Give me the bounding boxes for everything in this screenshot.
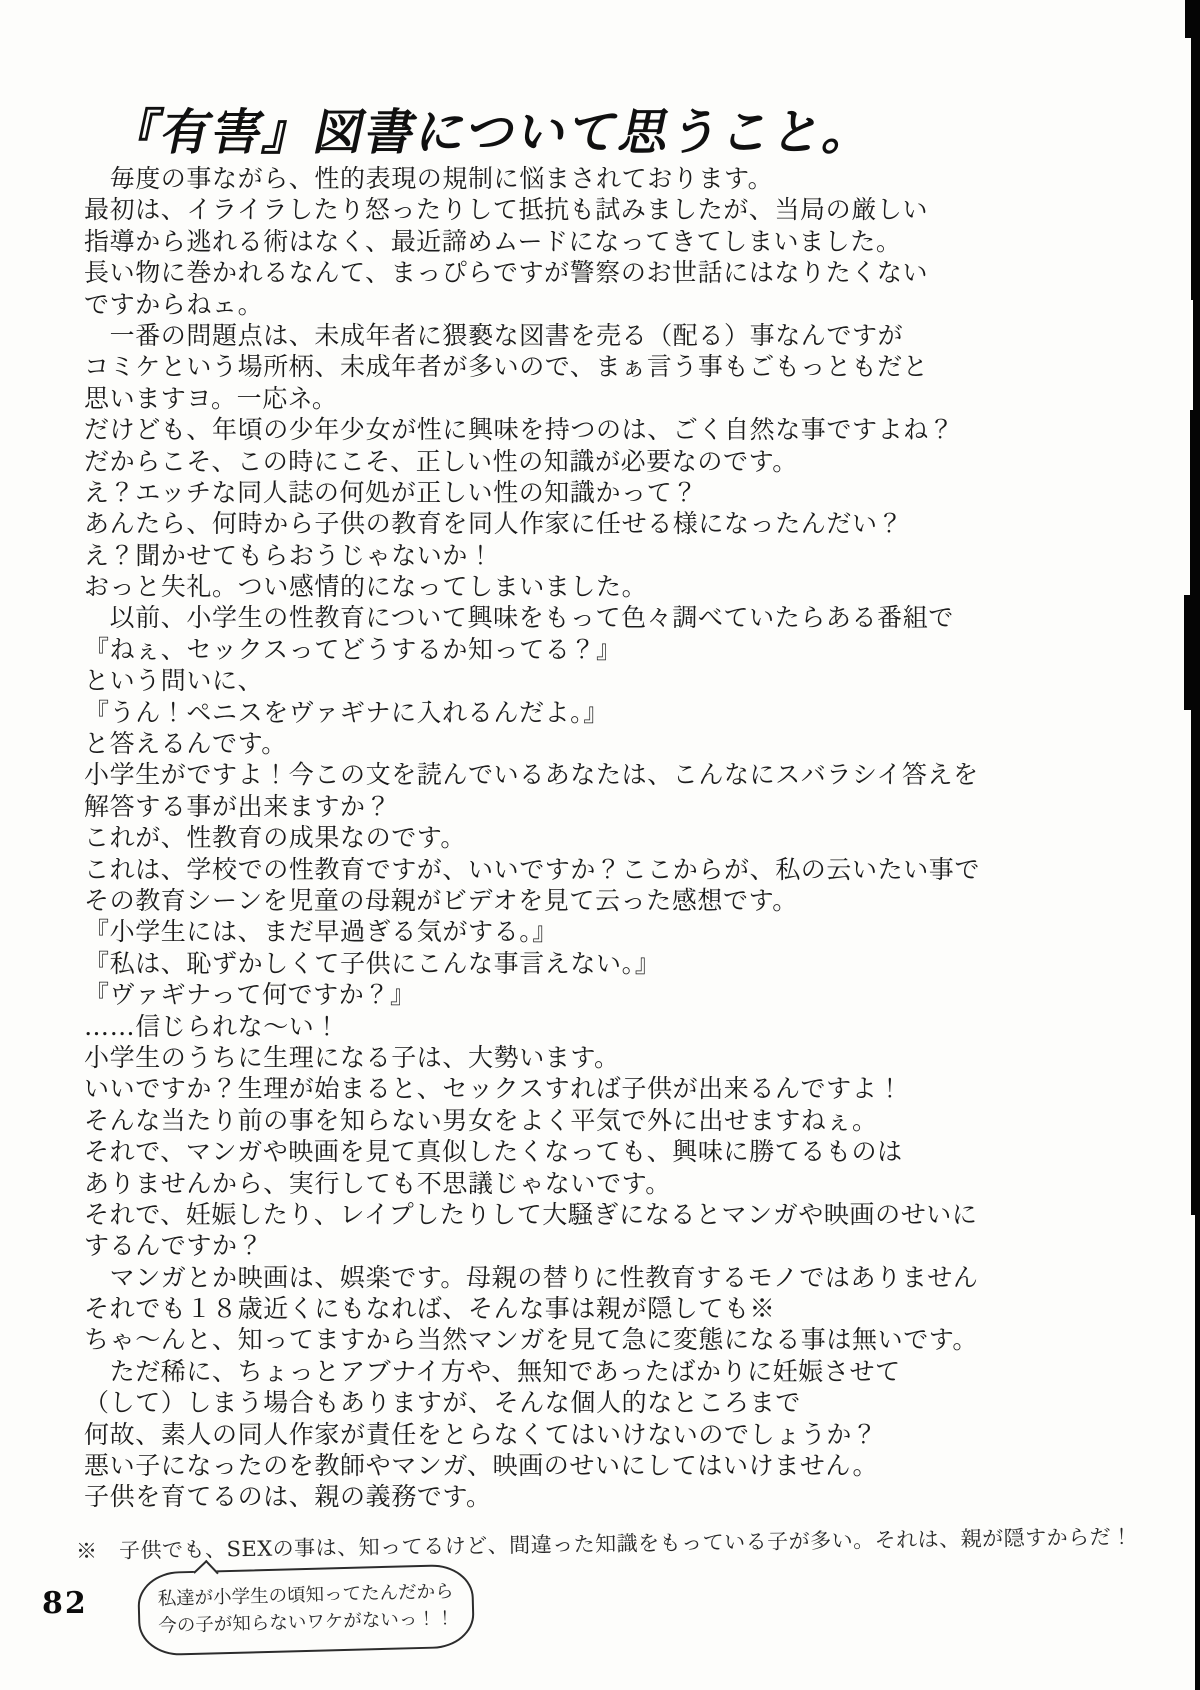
body-line: 小学生のうちに生理になる子は、大勢います。 [84,1042,1144,1073]
body-line: その教育シーンを児童の母親がビデオを見て云った感想です。 [84,885,1144,916]
body-line: するんですか？ [84,1230,1144,1261]
body-line: いいですか？生理が始まると、セックスすれば子供が出来るんですよ！ [84,1073,1144,1104]
body-line: 指導から逃れる術はなく、最近諦めムードになってきてしまいました。 [84,226,1144,257]
scan-edge-bar [1184,595,1200,710]
body-line: 一番の問題点は、未成年者に猥褻な図書を売る（配る）事なんですが [84,320,1144,351]
body-line: ですからねェ。 [84,289,1144,320]
scan-edge-bar [1191,0,1200,300]
page-number: 82 [42,1586,88,1621]
body-line: これが、性教育の成果なのです。 [84,822,1144,853]
body-line: だけども、年頃の少年少女が性に興味を持つのは、ごく自然な事ですよね？ [84,414,1144,445]
body-line: 『うん！ペニスをヴァギナに入れるんだよ。』 [84,697,1144,728]
body-line: ちゃ～んと、知ってますから当然マンガを見て急に変態になる事は無いです。 [84,1324,1144,1355]
body-line: 長い物に巻かれるなんて、まっぴらですが警察のお世話にはなりたくない [84,257,1144,288]
body-line: 『小学生には、まだ早過ぎる気がする。』 [84,916,1144,947]
body-line: あんたら、何時から子供の教育を同人作家に任せる様になったんだい？ [84,508,1144,539]
scanned-document-page: 『有害』図書について思うこと。 毎度の事ながら、性的表現の規制に悩まされておりま… [0,0,1200,1690]
body-line: それで、妊娠したり、レイプしたりして大騒ぎになるとマンガや映画のせいに [84,1199,1144,1230]
body-line: 何故、素人の同人作家が責任をとらなくてはいけないのでしょうか？ [84,1419,1144,1450]
page-title: 『有害』図書について思うこと。 [105,94,884,164]
body-line: 最初は、イライラしたり怒ったりして抵抗も試みましたが、当局の厳しい [84,194,1144,225]
body-line: だからこそ、この時にこそ、正しい性の知識が必要なのです。 [84,446,1144,477]
body-line: コミケという場所柄、未成年者が多いので、まぁ言う事もごもっともだと [84,351,1144,382]
body-line: 以前、小学生の性教育について興味をもって色々調べていたらある番組で [84,602,1144,633]
body-line: 『ねぇ、セックスってどうするか知ってる？』 [84,634,1144,665]
body-line: そんな当たり前の事を知らない男女をよく平気で外に出せますねぇ。 [84,1105,1144,1136]
scan-edge-bar [1191,710,1200,1215]
scan-edge-bar [1190,410,1200,595]
body-line: 悪い子になったのを教師やマンガ、映画のせいにしてはいけません。 [84,1450,1144,1481]
body-line: それでも１８歳近くにもなれば、そんな事は親が隠しても※ [84,1293,1144,1324]
body-line: 『ヴァギナって何ですか？』 [84,979,1144,1010]
body-line: それで、マンガや映画を見て真似したくなっても、興味に勝てるものは [84,1136,1144,1167]
body-line: （して）しまう場合もありますが、そんな個人的なところまで [84,1387,1144,1418]
body-line: え？エッチな同人誌の何処が正しい性の知識かって？ [84,477,1144,508]
body-line: ただ稀に、ちょっとアブナイ方や、無知であったばかりに妊娠させて [84,1356,1144,1387]
scan-edge-bar [1193,300,1200,410]
body-line: これは、学校での性教育ですが、いいですか？ここからが、私の云いたい事で [84,854,1144,885]
body-line: 子供を育てるのは、親の義務です。 [84,1481,1144,1512]
body-line: と答えるんです。 [84,728,1144,759]
body-line: マンガとか映画は、娯楽です。母親の替りに性教育するモノではありません [84,1262,1144,1293]
handwritten-speech-bubble: 私達が小学生の頃知ってたんだから 今の子が知らないワケがないっ！！ [137,1564,475,1657]
scan-edge-bar [1195,1215,1200,1690]
body-line: という問いに、 [84,665,1144,696]
essay-body: 毎度の事ながら、性的表現の規制に悩まされております。最初は、イライラしたり怒った… [84,163,1144,1513]
handwritten-footnote: ※ 子供でも、SEXの事は、知ってるけど、間違った知識をもっている子が多い。それ… [76,1521,1136,1566]
body-line: 小学生がですよ！今この文を読んでいるあなたは、こんなにスバラシイ答えを [84,759,1144,790]
body-line: 思いますヨ。一応ネ。 [84,383,1144,414]
body-line: ありませんから、実行しても不思議じゃないです。 [84,1168,1144,1199]
body-line: え？聞かせてもらおうじゃないか！ [84,540,1144,571]
body-line: 解答する事が出来ますか？ [84,791,1144,822]
body-line: ……信じられな～い！ [84,1011,1144,1042]
body-line: おっと失礼。つい感情的になってしまいました。 [84,571,1144,602]
body-line: 『私は、恥ずかしくて子供にこんな事言えない。』 [84,948,1144,979]
body-line: 毎度の事ながら、性的表現の規制に悩まされております。 [84,163,1144,194]
